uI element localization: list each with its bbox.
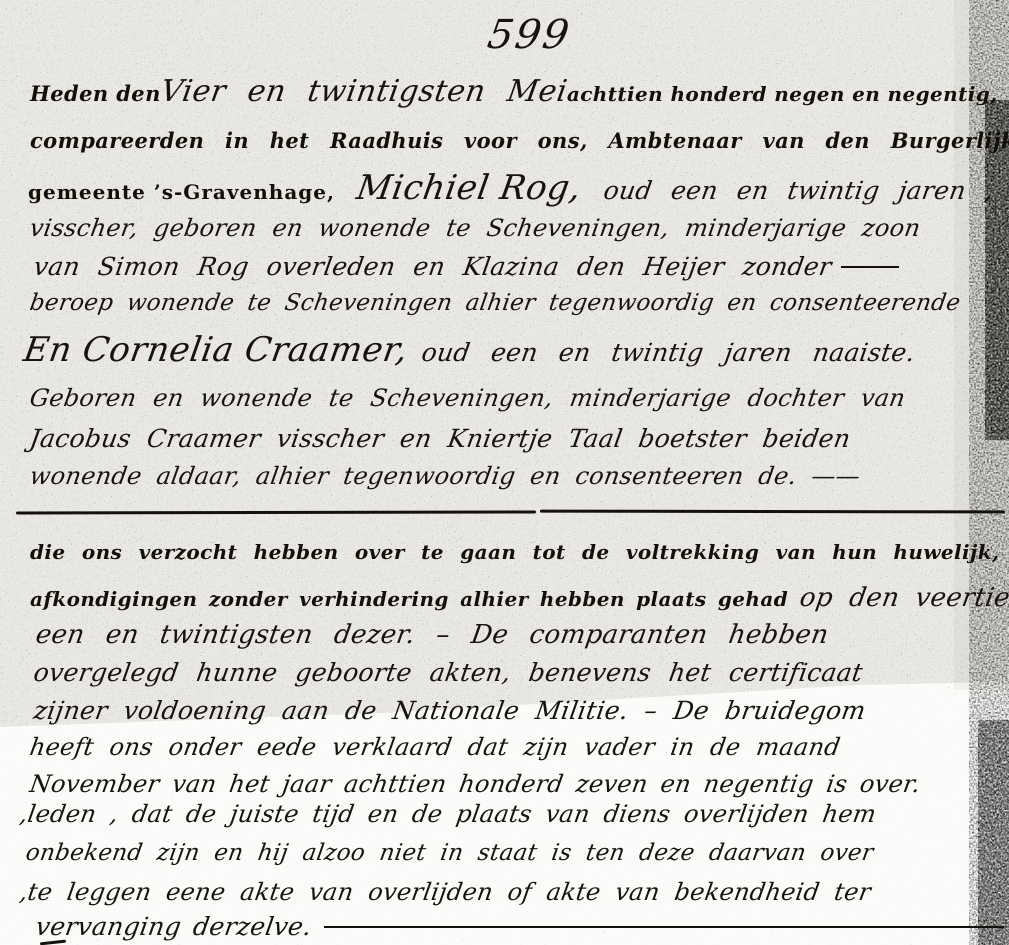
document-line: onbekend zijn en hij alzoo niet in staat…: [26, 840, 873, 866]
document-line: November van het jaar achttien honderd z…: [30, 770, 920, 798]
printed-form-text: afkondigingen zonder verhindering alhier…: [30, 587, 788, 611]
scanned-document-page: 599 Heden den Vier en twintigsten Mei ac…: [0, 0, 1009, 945]
section-divider-line: [16, 510, 536, 514]
handwritten-date: Vier en twintigsten Mei: [158, 74, 570, 109]
handwritten-text: November van het jaar achttien honderd z…: [28, 770, 923, 798]
handwritten-text: ,te leggen eene akte van overlijden of a…: [18, 878, 873, 906]
document-line: En Cornelia Craamer, oud een en twintig …: [24, 330, 915, 370]
handwritten-text: vervanging derzelve.: [34, 912, 314, 941]
document-line: een en twintigsten dezer. – De comparant…: [36, 620, 828, 650]
document-line: die ons verzocht hebben over te gaan tot…: [30, 540, 1009, 564]
handwritten-text: ,leden , dat de juiste tijd en de plaats…: [18, 800, 878, 828]
handwritten-text: van Simon Rog overleden en Klazina den H…: [32, 252, 834, 281]
printed-form-text: compareerden in het Raadhuis voor ons, A…: [30, 128, 1009, 153]
document-line: vervanging derzelve.: [36, 912, 1004, 941]
document-line: van Simon Rog overleden en Klazina den H…: [34, 252, 899, 281]
record-number-text: 599: [484, 12, 574, 58]
filler-dash-line: [841, 266, 899, 268]
document-line: afkondigingen zonder verhindering alhier…: [30, 583, 1009, 613]
handwritten-text: oud een en twintig jaren ,: [601, 176, 995, 205]
document-line: ,te leggen eene akte van overlijden of a…: [20, 878, 871, 906]
document-line: ,leden , dat de juiste tijd en de plaats…: [20, 800, 876, 828]
handwritten-text: Jacobus Craamer visscher en Kniertje Taa…: [28, 424, 853, 453]
document-line: visscher, geboren en wonende te Scheveni…: [30, 214, 920, 242]
document-line: Geboren en wonende te Scheveningen, mind…: [30, 384, 905, 412]
printed-form-text: die ons verzocht hebben over te gaan tot…: [30, 540, 1009, 564]
handwritten-text: onbekend zijn en hij alzoo niet in staat…: [24, 840, 875, 866]
printed-municipality-text: gemeente ’s-Gravenhage,: [28, 180, 335, 204]
handwritten-text: oud een en twintig jaren naaiste.: [419, 338, 917, 367]
document-line: beroep wonende te Scheveningen alhier te…: [30, 290, 960, 316]
handwritten-text: overgelegd hunne geboorte akten, beneven…: [32, 658, 865, 687]
document-line: wonende aldaar, alhier tegenwoordig en c…: [30, 462, 860, 490]
handwritten-bride-name: En Cornelia Craamer,: [21, 330, 411, 370]
section-divider-line: [540, 510, 1005, 514]
handwritten-groom-name: Michiel Rog,: [354, 168, 584, 208]
handwritten-text: een en twintigsten dezer. – De comparant…: [34, 620, 831, 650]
record-number: 599: [488, 12, 570, 58]
document-line: Jacobus Craamer visscher en Kniertje Taa…: [30, 424, 850, 453]
handwritten-text: op den veertienden en: [798, 583, 1009, 613]
handwritten-text: wonende aldaar, alhier tegenwoordig en c…: [28, 462, 863, 490]
handwritten-text: visscher, geboren en wonende te Scheveni…: [28, 214, 923, 242]
handwritten-text: zijner voldoening aan de Nationale Milit…: [32, 696, 868, 725]
document-line: gemeente ’s-Gravenhage, Michiel Rog, oud…: [28, 168, 993, 208]
handwritten-text: Geboren en wonende te Scheveningen, mind…: [28, 384, 908, 412]
document-line: heeft ons onder eede verklaard dat zijn …: [30, 733, 840, 761]
document-line: zijner voldoening aan de Nationale Milit…: [34, 696, 866, 725]
handwritten-text: heeft ons onder eede verklaard dat zijn …: [28, 733, 843, 761]
handwritten-text: beroep wonende te Scheveningen alhier te…: [28, 290, 962, 316]
document-line: overgelegd hunne geboorte akten, beneven…: [34, 658, 863, 687]
filler-dash-line: [324, 926, 1004, 928]
printed-form-text: Heden den: [30, 81, 161, 106]
document-line: Heden den Vier en twintigsten Mei achtti…: [30, 74, 990, 109]
document-line: compareerden in het Raadhuis voor ons, A…: [30, 128, 1009, 153]
printed-form-text: achttien honderd negen en negentig,: [567, 82, 998, 106]
